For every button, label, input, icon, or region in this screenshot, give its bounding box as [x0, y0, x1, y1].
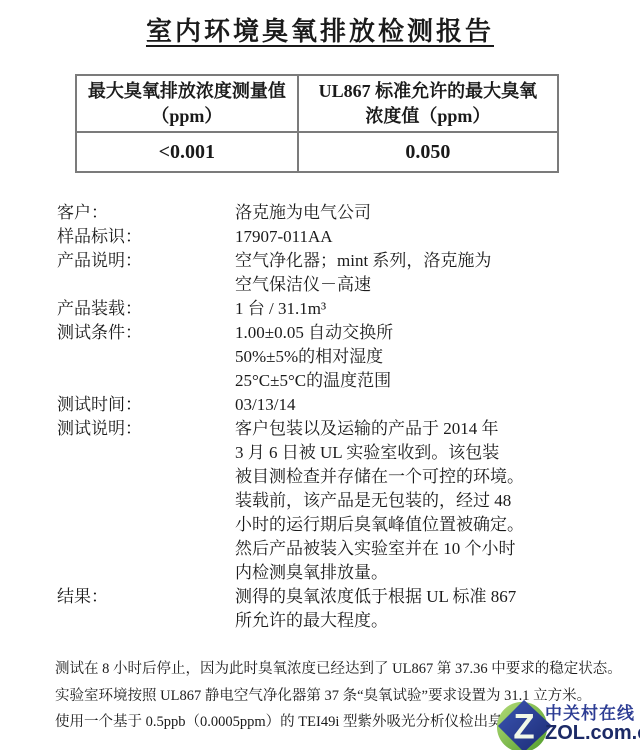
svg-text:Z: Z [513, 708, 534, 747]
field-label: 产品装载： [57, 297, 235, 321]
report-page: 室内环境臭氧排放检测报告 最大臭氧排放浓度测量值 （ppm） UL867 标准允… [0, 0, 640, 750]
field-value: 洛克施为电气公司 [235, 201, 617, 225]
field-value: 1.00±0.05 自动交换所 50%±5%的相对湿度 25°C±5°C的温度范… [235, 321, 617, 393]
field-label: 客户： [57, 201, 235, 225]
field-row-sample-id: 样品标识： 17907-011AA [57, 225, 617, 249]
ul867-limit-header: UL867 标准允许的最大臭氧 浓度值（ppm） [298, 75, 558, 132]
field-row-test-conditions: 测试条件： 1.00±0.05 自动交换所 50%±5%的相对湿度 25°C±5… [57, 321, 617, 393]
watermark-site-domain: ZOL.com.cn [545, 723, 640, 744]
field-row-product-loading: 产品装载： 1 台 / 31.1m³ [57, 297, 617, 321]
watermark-site-name: 中关村在线 [545, 705, 640, 723]
field-value: 空气净化器；mint 系列，洛克施为 空气保洁仪－高速 [235, 249, 617, 297]
field-row-product-description: 产品说明： 空气净化器；mint 系列，洛克施为 空气保洁仪－高速 [57, 249, 617, 297]
field-row-test-description: 测试说明： 客户包装以及运输的产品于 2014 年 3 月 6 日被 UL 实验… [57, 417, 617, 585]
field-value: 17907-011AA [235, 225, 617, 249]
field-value: 客户包装以及运输的产品于 2014 年 3 月 6 日被 UL 实验室收到。该包… [235, 417, 617, 585]
zol-watermark: Z 中关村在线 ZOL.com.cn [496, 698, 640, 750]
field-label: 测试时间： [57, 393, 235, 417]
page-title: 室内环境臭氧排放检测报告 [0, 0, 640, 48]
field-row-test-time: 测试时间： 03/13/14 [57, 393, 617, 417]
field-label: 结果： [57, 585, 235, 633]
field-label: 样品标识： [57, 225, 235, 249]
field-value: 1 台 / 31.1m³ [235, 297, 617, 321]
field-value: 03/13/14 [235, 393, 617, 417]
report-fields: 客户： 洛克施为电气公司 样品标识： 17907-011AA 产品说明： 空气净… [57, 201, 617, 633]
field-row-customer: 客户： 洛克施为电气公司 [57, 201, 617, 225]
field-value: 测得的臭氧浓度低于根据 UL 标准 867 所允许的最大程度。 [235, 585, 617, 633]
summary-value-row: <0.001 0.050 [76, 132, 558, 172]
field-label: 测试说明： [57, 417, 235, 585]
field-label: 产品说明： [57, 249, 235, 297]
measured-concentration-value: <0.001 [76, 132, 298, 172]
field-label: 测试条件： [57, 321, 235, 393]
watermark-text: 中关村在线 ZOL.com.cn [545, 698, 640, 744]
footnote-stop-condition: 测试在 8 小时后停止，因为此时臭氧浓度已经达到了 UL867 第 37.36 … [55, 656, 635, 683]
ul867-limit-value: 0.050 [298, 132, 558, 172]
measured-concentration-header: 最大臭氧排放浓度测量值 （ppm） [76, 75, 298, 132]
field-row-result: 结果： 测得的臭氧浓度低于根据 UL 标准 867 所允许的最大程度。 [57, 585, 617, 633]
ozone-summary-table: 最大臭氧排放浓度测量值 （ppm） UL867 标准允许的最大臭氧 浓度值（pp… [75, 74, 559, 173]
summary-header-row: 最大臭氧排放浓度测量值 （ppm） UL867 标准允许的最大臭氧 浓度值（pp… [76, 75, 558, 132]
